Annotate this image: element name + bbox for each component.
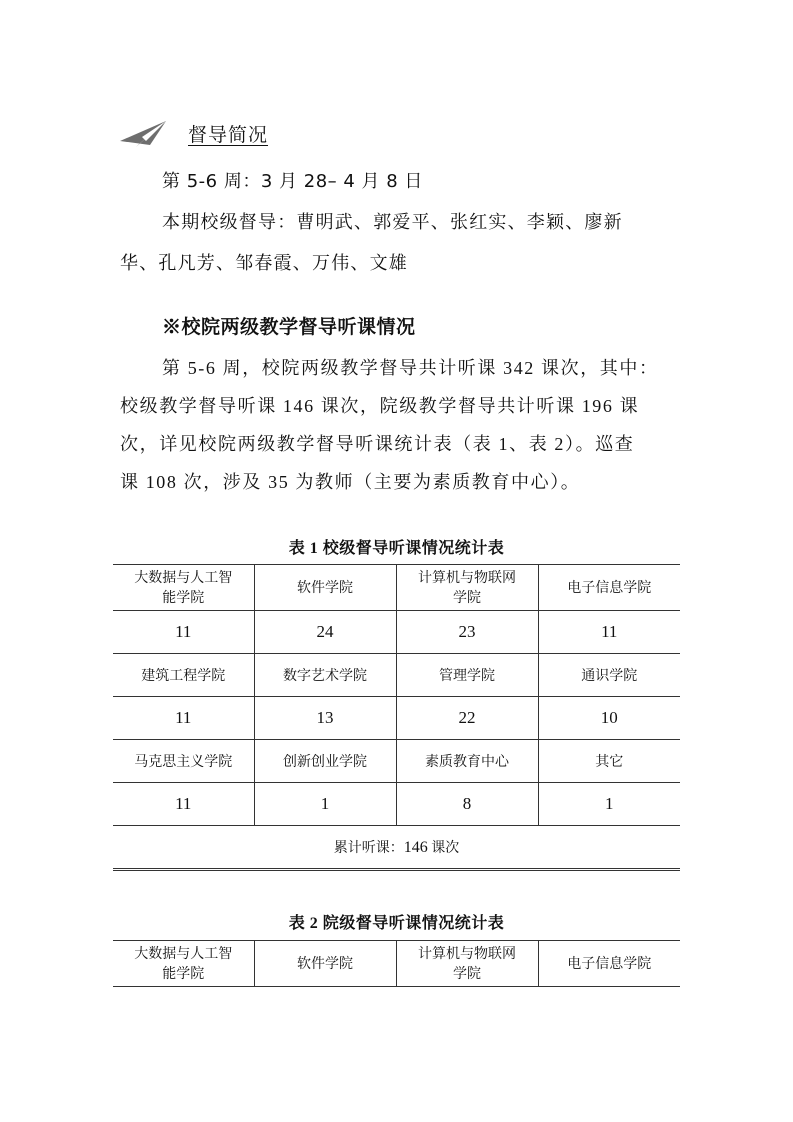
table2-caption: 表 2 院级督导听课情况统计表 <box>113 910 680 933</box>
table-header-cell: 创新创业学院 <box>254 740 396 783</box>
table-total-row: 累计听课：146 课次 <box>113 826 680 870</box>
week-range: 第 5-6 周：3 月 28– 4 月 8 日 <box>162 167 423 193</box>
table-header-cell: 电子信息学院 <box>538 941 680 987</box>
table-header-cell: 软件学院 <box>254 941 396 987</box>
table-row: 大数据与人工智能学院 软件学院 计算机与物联网学院 电子信息学院 <box>113 565 680 611</box>
total-label: 累计听课： <box>334 840 404 856</box>
table-header-cell: 大数据与人工智能学院 <box>113 565 254 611</box>
summary-paragraph: 第 5-6 周，校院两级教学督导共计听课 342 课次，其中： 校级教学督导听课… <box>120 349 680 501</box>
supervisors-line-2: 华、孔凡芳、邹春霞、万伟、文雄 <box>120 249 408 275</box>
section-heading: 督导简况 <box>120 117 268 149</box>
table-row: 11 1 8 1 <box>113 783 680 826</box>
paragraph-line: 次，详见校院两级教学督导听课统计表（表 1、表 2）。巡查 <box>120 425 680 463</box>
table-value-cell: 1 <box>254 783 396 826</box>
table-header-cell: 建筑工程学院 <box>113 654 254 697</box>
paragraph-line: 第 5-6 周，校院两级教学督导共计听课 342 课次，其中： <box>120 349 680 387</box>
table-total-cell: 累计听课：146 课次 <box>113 826 680 870</box>
table1-caption: 表 1 校级督导听课情况统计表 <box>113 535 680 558</box>
table-value-cell: 22 <box>396 697 538 740</box>
table-value-cell: 11 <box>113 611 254 654</box>
table-header-cell: 计算机与物联网学院 <box>396 565 538 611</box>
table-value-cell: 8 <box>396 783 538 826</box>
table-value-cell: 11 <box>113 697 254 740</box>
table-row: 马克思主义学院 创新创业学院 素质教育中心 其它 <box>113 740 680 783</box>
paragraph-line: 校级教学督导听课 146 课次，院级教学督导共计听课 196 课 <box>120 387 680 425</box>
table-row: 11 24 23 11 <box>113 611 680 654</box>
section-title: 督导简况 <box>188 120 268 147</box>
table-value-cell: 11 <box>538 611 680 654</box>
table-header-cell: 素质教育中心 <box>396 740 538 783</box>
table-header-cell: 马克思主义学院 <box>113 740 254 783</box>
table2: 大数据与人工智能学院 软件学院 计算机与物联网学院 电子信息学院 <box>113 940 680 987</box>
table-header-cell: 软件学院 <box>254 565 396 611</box>
paper-plane-icon <box>120 119 168 147</box>
table-header-cell: 管理学院 <box>396 654 538 697</box>
table-row: 建筑工程学院 数字艺术学院 管理学院 通识学院 <box>113 654 680 697</box>
table-value-cell: 24 <box>254 611 396 654</box>
table-value-cell: 10 <box>538 697 680 740</box>
paragraph-line: 课 108 次，涉及 35 为教师（主要为素质教育中心）。 <box>120 463 680 501</box>
table-value-cell: 11 <box>113 783 254 826</box>
table-value-cell: 13 <box>254 697 396 740</box>
table-header-cell: 电子信息学院 <box>538 565 680 611</box>
subheading: ※校院两级教学督导听课情况 <box>162 312 416 339</box>
table1: 大数据与人工智能学院 软件学院 计算机与物联网学院 电子信息学院 11 24 2… <box>113 564 680 871</box>
table-header-cell: 计算机与物联网学院 <box>396 941 538 987</box>
table-row: 大数据与人工智能学院 软件学院 计算机与物联网学院 电子信息学院 <box>113 941 680 987</box>
table-value-cell: 1 <box>538 783 680 826</box>
supervisors-line-1: 本期校级督导：曹明武、郭爱平、张红实、李颖、廖新 <box>162 208 623 234</box>
table-header-cell: 数字艺术学院 <box>254 654 396 697</box>
total-value: 146 <box>404 839 428 856</box>
table-header-cell: 其它 <box>538 740 680 783</box>
table-header-cell: 通识学院 <box>538 654 680 697</box>
table-header-cell: 大数据与人工智能学院 <box>113 941 254 987</box>
total-unit: 课次 <box>428 841 460 856</box>
table-value-cell: 23 <box>396 611 538 654</box>
table-row: 11 13 22 10 <box>113 697 680 740</box>
